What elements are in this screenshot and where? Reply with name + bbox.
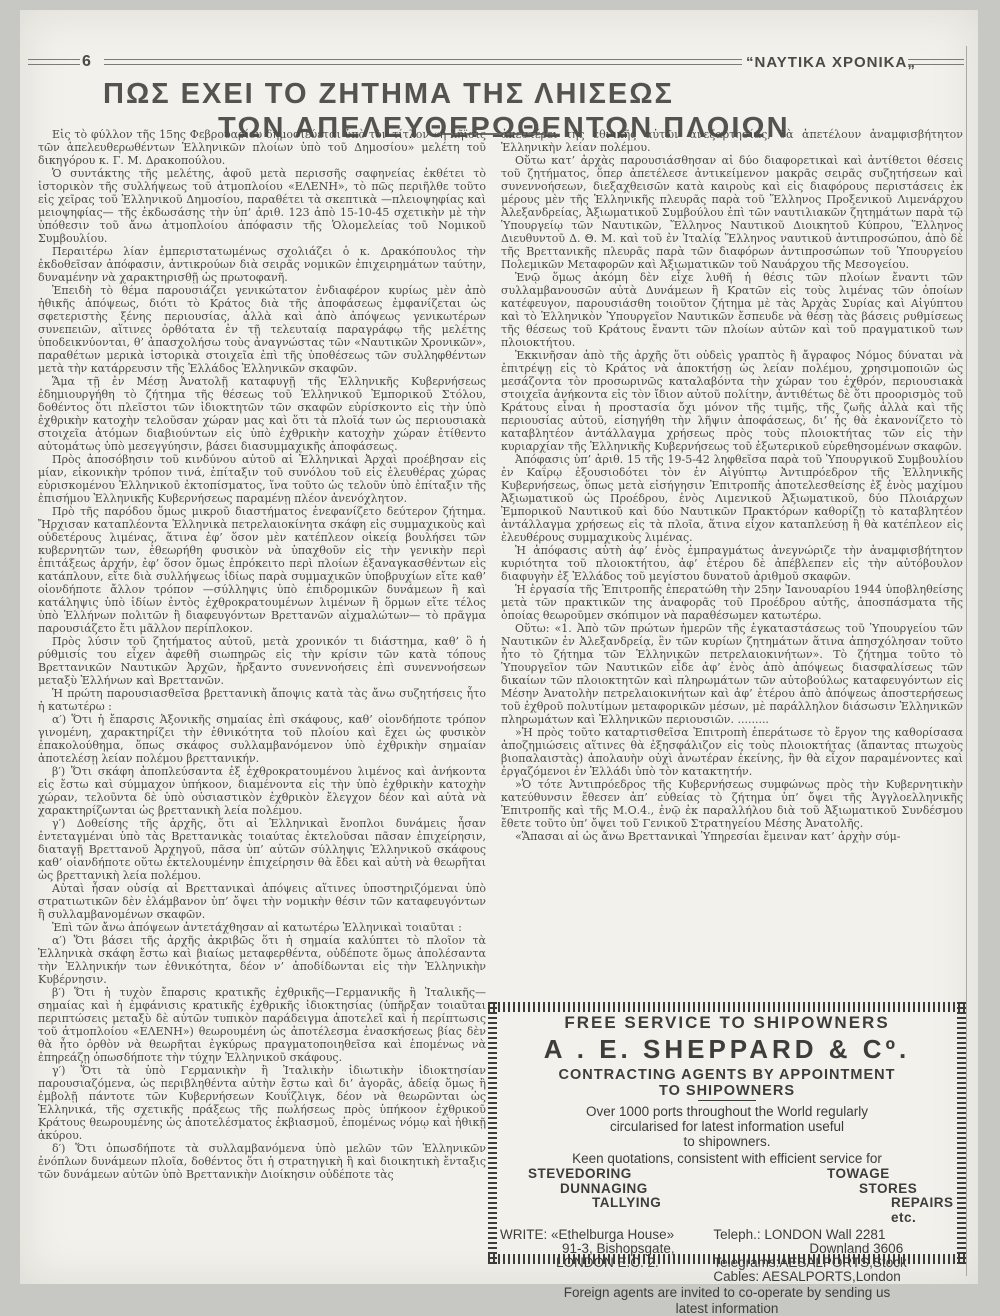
- article-paragraph: β′) Ὅτι σκάφη ἀποπλεύσαντα ἐξ ἐχθροκρατο…: [38, 765, 486, 817]
- article-paragraph: Αὐταὶ ἦσαν οὐσίᾳ αἱ Βρεττανικαὶ ἀπόψεις …: [38, 882, 486, 921]
- sheppard-advertisement: FREE SERVICE TO SHIPOWNERS A . E. SHEPPA…: [488, 1002, 966, 1264]
- ad-service-item: STEVEDORING: [528, 1167, 727, 1182]
- ad-intro-line: to shipowners.: [500, 1134, 954, 1149]
- ad-intro-text: Over 1000 ports throughout the World reg…: [500, 1104, 954, 1149]
- article-paragraph: β′) Ὅτι ἡ τυχὸν ἔπαρσις κρατικῆς ἐχθρικῆ…: [38, 986, 486, 1064]
- article-paragraph: Εἰς τὸ φύλλον τῆς 15ης Φεβρουαρίου δημοσ…: [38, 128, 486, 167]
- ad-subtitle-line-2: TO SHIPOWNERS: [500, 1083, 954, 1099]
- article-paragraph: Ἡ ἀπόφασις αὐτὴ ἀφ’ ἑνὸς ἐμπραγμάτως ἀνε…: [501, 544, 963, 583]
- masthead-title: “ΝΑΥΤΙΚΑ ΧΡΟΝΙΚΑ„: [746, 54, 908, 71]
- ad-service-item: DUNNAGING: [560, 1182, 727, 1197]
- ad-contact-line: Downland 3606: [809, 1242, 954, 1256]
- ad-service-item: STORES: [859, 1182, 954, 1197]
- ad-address-line: 91-3, Bishopsgate,: [562, 1242, 713, 1256]
- article-paragraph: α′) Ὅτι ἡ ἔπαρσις Ἀξονικῆς σημαίας ἐπὶ σ…: [38, 713, 486, 765]
- ad-service-item: TALLYING: [592, 1196, 727, 1211]
- magazine-page: 6 “ΝΑΥΤΙΚΑ ΧΡΟΝΙΚΑ„ ΠΩΣ ΕΧΕΙ ΤΟ ΖΗΤΗΜΑ Τ…: [20, 10, 978, 1284]
- article-paragraph: α′) Ὅτι βάσει τῆς ἀρχῆς ἀκριβῶς ὅτι ἡ ση…: [38, 934, 486, 986]
- article-paragraph: δ′) Ὅτι ὁπωσδήποτε τὰ συλλαμβανόμενα ὑπὸ…: [38, 1142, 486, 1181]
- article-paragraph: Πρὸς λύσιν τοῦ ζητήματος αὐτοῦ, μετὰ χρο…: [38, 635, 486, 687]
- article-paragraph: ἀπεστέρει τῆς ἐθνικῆς αὐτῶν ἀνεξαρτησίας…: [501, 128, 963, 154]
- article-paragraph: Ἐκκινῆσαν ἀπὸ τῆς ἀρχῆς ὅτι οὐδεὶς γραπτ…: [501, 349, 963, 453]
- ad-address-line: WRITE: «Ethelburga House»: [500, 1228, 713, 1242]
- page-edge-rule: [966, 46, 967, 1276]
- ad-service-item: REPAIRS etc.: [891, 1196, 954, 1225]
- article-paragraph: «Ἅπασαι αἱ ὡς ἄνω Βρεττανικαὶ Ὑπηρεσίαι …: [501, 830, 963, 843]
- article-paragraph: Ὁ συντάκτης τῆς μελέτης, ἀφοῦ μετὰ περισ…: [38, 167, 486, 245]
- article-paragraph: Ἀπόφασις ὑπ’ ἀριθ. 15 τῆς 19-5-42 ληφθεῖ…: [501, 453, 963, 544]
- headline-line-1: ΠΩΣ ΕΧΕΙ ΤΟ ΖΗΤΗΜΑ ΤΗΣ ΛΗΙΣΕΩΣ: [80, 78, 940, 111]
- ad-border-left: [488, 1002, 497, 1264]
- ad-contact-line: Teleph.: LONDON Wall 2281: [713, 1228, 954, 1242]
- article-paragraph: Ἐπὶ τῶν ἄνω ἀπόψεων ἀντετάχθησαν αἱ κατω…: [38, 921, 486, 934]
- article-paragraph: Περαιτέρω λίαν ἐμπεριστατωμένως σχολιάζε…: [38, 245, 486, 284]
- ad-content: FREE SERVICE TO SHIPOWNERS A . E. SHEPPA…: [500, 1013, 954, 1251]
- ad-intro-line: circularised for latest information usef…: [500, 1119, 954, 1134]
- ad-services-right: TOWAGESTORESREPAIRS etc.: [727, 1167, 954, 1225]
- header-rule-right: [908, 59, 964, 65]
- ad-contacts: WRITE: «Ethelburga House»91-3, Bishopsga…: [500, 1228, 954, 1284]
- ad-service-item: TOWAGE: [827, 1167, 954, 1182]
- ad-contact-line: Telegrams:AESALPORTS,Stock: [713, 1256, 954, 1270]
- article-paragraph: »Ἡ πρὸς τοῦτο καταρτισθεῖσα Ἐπιτροπὴ ἐπε…: [501, 726, 963, 778]
- article-paragraph: Ἡ ἐργασία τῆς Ἐπιτροπῆς ἐπερατώθη τὴν 25…: [501, 583, 963, 622]
- ad-intro-line: Over 1000 ports throughout the World reg…: [500, 1104, 954, 1119]
- header-rule-left: [28, 59, 80, 65]
- ad-services: STEVEDORINGDUNNAGINGTALLYING TOWAGESTORE…: [500, 1167, 954, 1225]
- ad-banner: FREE SERVICE TO SHIPOWNERS: [500, 1013, 954, 1033]
- article-column-right: ἀπεστέρει τῆς ἐθνικῆς αὐτῶν ἀνεξαρτησίας…: [501, 128, 963, 1004]
- ad-footer-line-1: Foreign agents are invited to co-operate…: [500, 1286, 954, 1291]
- article-paragraph: Ἐπειδὴ τὸ θέμα παρουσιάζει γενικώτατον ἐ…: [38, 284, 486, 375]
- ad-contact-line: Cables: AESALPORTS,London: [713, 1270, 954, 1284]
- article-paragraph: Οὕτω: «1. Ἀπὸ τῶν πρώτων ἡμερῶν τῆς ἐγκα…: [501, 622, 963, 726]
- ad-quotation-line: Keen quotations, consistent with efficie…: [500, 1151, 954, 1166]
- article-paragraph: Ἅμα τῇ ἐν Μέσῃ Ἀνατολῇ καταφυγῇ τῆς Ἑλλη…: [38, 375, 486, 453]
- article-paragraph: γ′) Ὅτι τὰ ὑπὸ Γερμανικὴν ἢ Ἰταλικὴν ἰδι…: [38, 1064, 486, 1142]
- ad-border-top: [488, 1002, 966, 1012]
- article-paragraph: »Ὁ τότε Ἀντιπρόεδρος τῆς Κυβερνήσεως συμ…: [501, 778, 963, 830]
- ad-phone-telegrams: Teleph.: LONDON Wall 2281Downland 3606Te…: [713, 1228, 954, 1284]
- ad-subtitle-underline: [698, 1100, 756, 1101]
- article-paragraph: γ′) Δοθείσης τῆς ἀρχῆς, ὅτι αἱ Ἑλληνικαὶ…: [38, 817, 486, 882]
- page-number: 6: [82, 53, 91, 71]
- article-paragraph: Ἐνῷ ὅμως ἀκόμη δὲν εἶχε λυθῆ ἡ θέσις τῶν…: [501, 271, 963, 349]
- ad-subtitle-line-1: CONTRACTING AGENTS BY APPOINTMENT: [500, 1067, 954, 1083]
- ad-address-line: LONDON E.C. 2.: [556, 1256, 713, 1270]
- ad-company-name: A . E. SHEPPARD & Cº.: [500, 1034, 954, 1065]
- article-paragraph: Οὕτω κατ’ ἀρχὰς παρουσιάσθησαν αἱ δύο δι…: [501, 154, 963, 271]
- ad-services-left: STEVEDORINGDUNNAGINGTALLYING: [500, 1167, 727, 1225]
- ad-border-right: [957, 1002, 966, 1264]
- header-rule-main: [104, 59, 742, 65]
- article-paragraph: Πρὸ τῆς παρόδου ὅμως μικροῦ διαστήματος …: [38, 505, 486, 635]
- article-paragraph: Πρὸς ἀποσόβησιν τοῦ κινδύνου αὐτοῦ αἱ Ἑλ…: [38, 453, 486, 505]
- article-column-left: Εἰς τὸ φύλλον τῆς 15ης Φεβρουαρίου δημοσ…: [38, 128, 486, 1280]
- article-paragraph: Ἡ πρώτη παρουσιασθεῖσα βρεττανικὴ ἄποψις…: [38, 687, 486, 713]
- ad-write-address: WRITE: «Ethelburga House»91-3, Bishopsga…: [500, 1228, 713, 1284]
